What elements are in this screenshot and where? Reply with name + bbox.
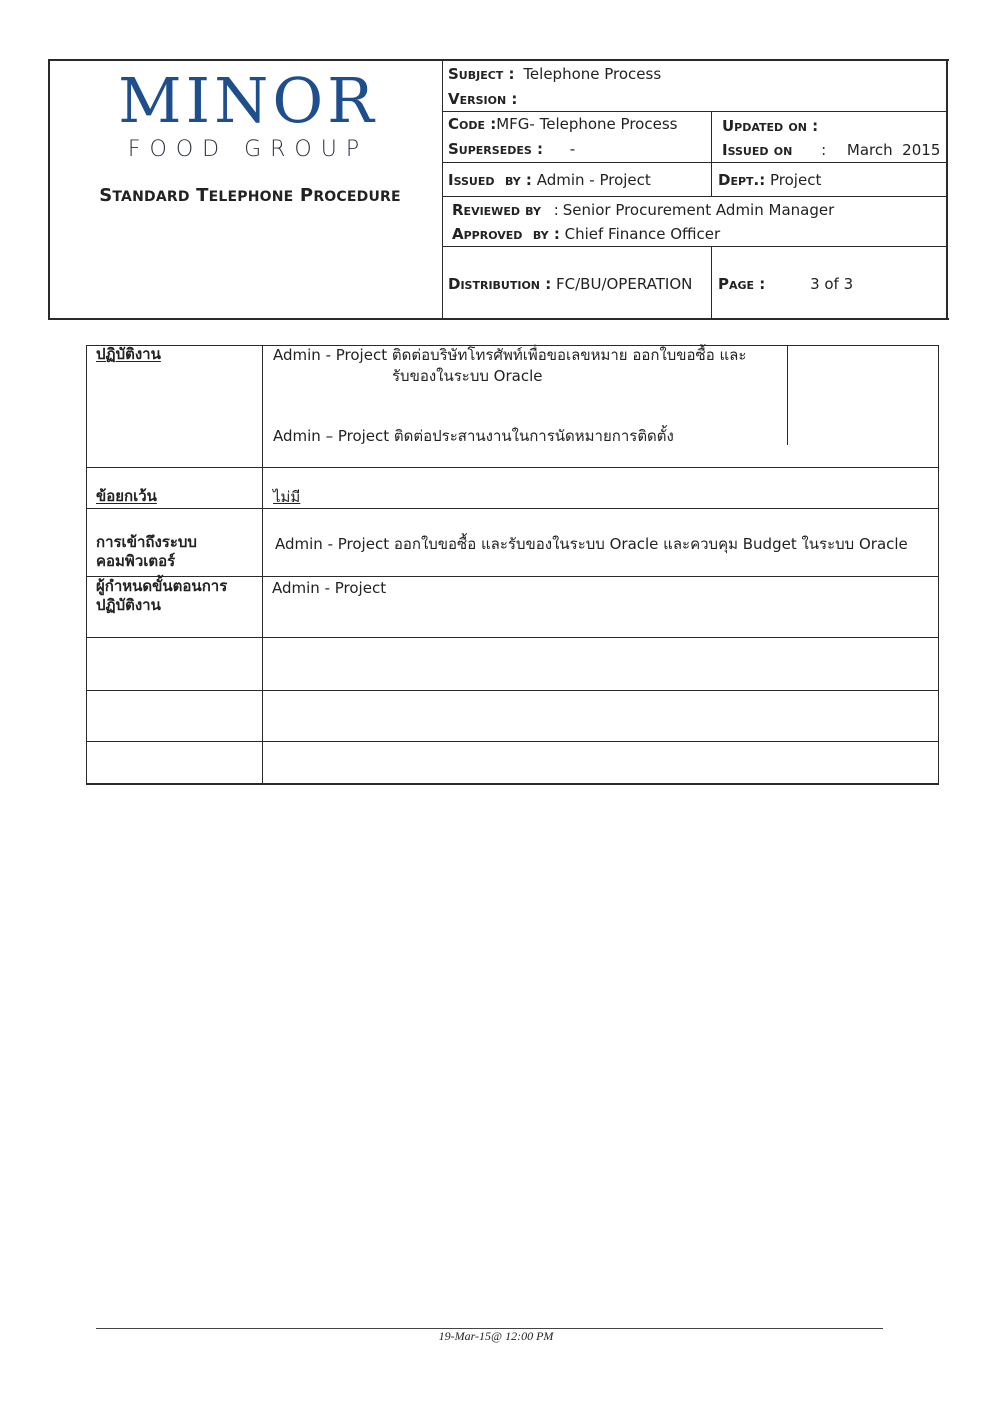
reviewed-by-field: Reviewed by :Senior Procurement Admin Ma…: [452, 203, 834, 218]
dept-field: Dept.: Project: [718, 173, 821, 188]
issued-by-value: Admin - Project: [537, 171, 651, 189]
distribution-value: FC/BU/OPERATION: [556, 275, 692, 293]
grid-line: [711, 111, 712, 196]
reviewed-by-value: Senior Procurement Admin Manager: [563, 201, 834, 219]
reviewed-by-label: Reviewed by: [452, 201, 541, 219]
page-value: 3 of 3: [810, 275, 853, 293]
row-label-procedure-owner: ผู้กำหนดขั้นตอนการ ปฏิบัติงาน: [96, 577, 227, 615]
supersedes-field: Supersedes : -: [448, 142, 575, 157]
empty-row-6-label: [87, 691, 262, 741]
code-field: Code :MFG- Telephone Process: [448, 117, 677, 132]
grid-line: [442, 196, 948, 197]
row-label-computer-access: การเข้าถึงระบบ คอมพิวเตอร์: [96, 533, 197, 571]
row-label-procedure-owner-line-2: ปฏิบัติงาน: [96, 596, 227, 615]
approved-by-label: Approved by :: [452, 225, 560, 243]
company-logo-wordmark: MINOR: [48, 70, 448, 132]
row-value-operation-line-1: Admin - Project ติดต่อบริษัทโทรศัพท์เพื่…: [273, 345, 746, 365]
supersedes-label: Supersedes :: [448, 140, 543, 158]
footer-timestamp: 19-Mar-15@ 12:00 PM: [0, 1329, 992, 1344]
grid-line: [442, 111, 948, 112]
header-border-right: [946, 61, 948, 320]
grid-line: [442, 246, 948, 247]
header-border-top: [48, 59, 949, 61]
issued-on-value: March 2015: [847, 141, 940, 159]
reviewed-by-separator: :: [554, 201, 559, 219]
distribution-field: Distribution : FC/BU/OPERATION: [448, 277, 692, 292]
issued-by-label: Issued by :: [448, 171, 532, 189]
code-label: Code :: [448, 115, 496, 133]
table-border-right: [938, 345, 939, 784]
subject-field: Subject : Telephone Process: [448, 67, 661, 82]
table-column-divider: [262, 345, 263, 784]
empty-row-5-label: [87, 638, 262, 690]
header-border-bottom: [48, 318, 949, 320]
issued-on-label: Issued on: [722, 141, 792, 159]
approved-by-value: Chief Finance Officer: [565, 225, 721, 243]
row-label-exception: ข้อยกเว้น: [96, 487, 157, 506]
subject-label: Subject :: [448, 65, 515, 83]
row-label-computer-access-line-1: การเข้าถึงระบบ: [96, 533, 197, 552]
updated-on-field: Updated on :: [722, 119, 818, 134]
grid-line: [442, 162, 948, 163]
empty-row-7-label: [87, 742, 262, 783]
row-label-computer-access-line-2: คอมพิวเตอร์: [96, 552, 197, 571]
row-value-procedure-owner: Admin - Project: [272, 578, 386, 598]
dept-value: Project: [770, 171, 821, 189]
table-border-bottom: [86, 783, 939, 785]
company-logo-subtitle: FOOD GROUP: [48, 139, 448, 161]
page-field: Page : 3 of 3: [718, 277, 853, 292]
procedure-title-text: STANDARD TELEPHONE PROCEDURE: [99, 185, 401, 206]
issued-on-field: Issued on : March 2015: [722, 143, 940, 158]
subject-value: Telephone Process: [523, 65, 661, 83]
row-value-computer-access: Admin - Project ออกใบขอซื้อ และรับของในร…: [275, 534, 908, 554]
row-value-operation-line-3: Admin – Project ติดต่อประสานงานในการนัดห…: [273, 426, 674, 446]
table-row-divider: [86, 467, 939, 468]
code-value: MFG- Telephone Process: [496, 115, 677, 133]
row-label-operation: ปฏิบัติงาน: [96, 345, 161, 364]
issued-on-separator: :: [821, 141, 826, 159]
procedure-title: STANDARD TELEPHONE PROCEDURE: [48, 187, 452, 205]
distribution-label: Distribution :: [448, 275, 551, 293]
version-label: Version :: [448, 90, 517, 108]
row-value-operation-line-2: รับของในระบบ Oracle: [392, 366, 542, 386]
row-value-exception: ไม่มี: [273, 487, 300, 507]
row-label-procedure-owner-line-1: ผู้กำหนดขั้นตอนการ: [96, 577, 227, 596]
table-inner-divider: [787, 345, 788, 445]
page-label: Page :: [718, 275, 765, 293]
issued-by-field: Issued by : Admin - Project: [448, 173, 651, 188]
dept-label: Dept.:: [718, 171, 765, 189]
updated-on-label: Updated on :: [722, 117, 818, 135]
grid-line: [711, 246, 712, 320]
supersedes-value: -: [570, 140, 575, 158]
version-field: Version :: [448, 92, 517, 107]
approved-by-field: Approved by : Chief Finance Officer: [452, 227, 720, 242]
table-row-divider: [86, 508, 939, 509]
